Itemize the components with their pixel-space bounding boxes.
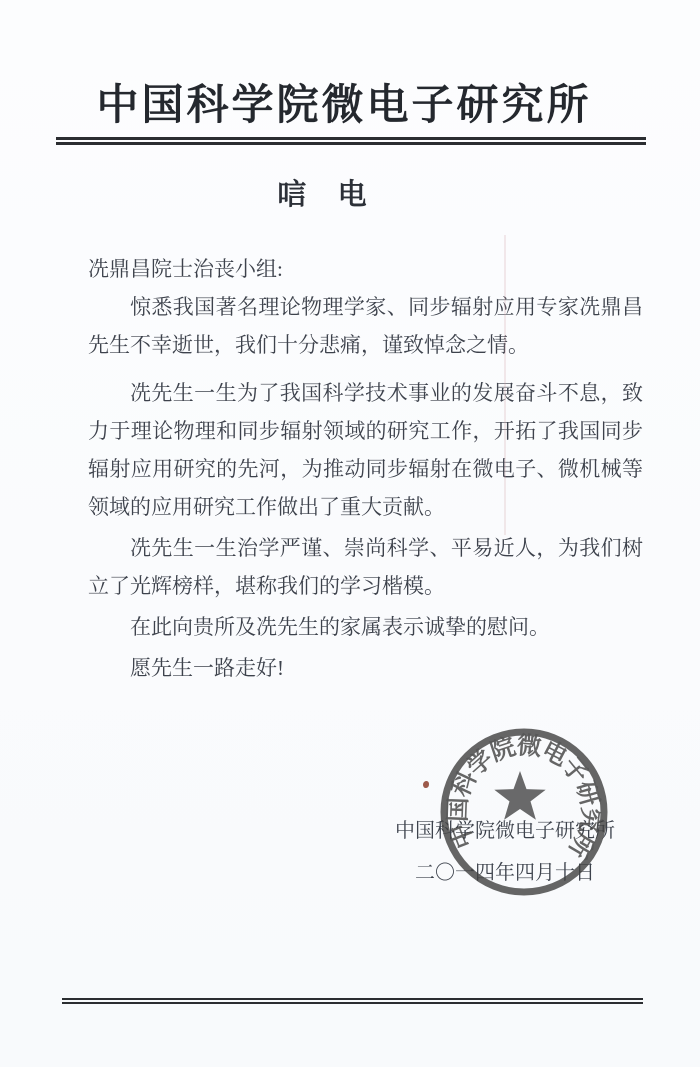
body-paragraph: 惊悉我国著名理论物理学家、同步辐射应用专家冼鼎昌先生不幸逝世，我们十分悲痛，谨致… [88,288,643,364]
salutation: 冼鼎昌院士治丧小组: [88,250,643,288]
seal-star-icon [494,771,545,820]
footer-double-rule [62,998,643,1004]
header-double-rule [56,137,646,145]
body-paragraph: 冼先生一生为了我国科学技术事业的发展奋斗不息，致力于理论物理和同步辐射领域的研究… [88,374,643,526]
body-paragraphs: 惊悉我国著名理论物理学家、同步辐射应用专家冼鼎昌先生不幸逝世，我们十分悲痛，谨致… [88,288,643,687]
letter-body: 冼鼎昌院士治丧小组: 惊悉我国著名理论物理学家、同步辐射应用专家冼鼎昌先生不幸逝… [88,250,643,690]
official-seal-stamp-icon: 中国科学院微电子研究所 [436,724,612,900]
body-paragraph: 愿先生一路走好! [88,649,643,687]
scanned-letter-page: 中国科学院微电子研究所 唁 电 冼鼎昌院士治丧小组: 惊悉我国著名理论物理学家、… [0,0,700,1067]
body-paragraph: 在此向贵所及冼先生的家属表示诚挚的慰问。 [88,608,643,646]
paper-crease [504,235,506,535]
body-paragraph: 冼先生一生治学严谨、崇尚科学、平易近人，为我们树立了光辉榜样，堪称我们的学习楷模… [88,529,643,605]
letterhead-title: 中国科学院微电子研究所 [0,72,688,132]
document-title: 唁 电 [0,172,644,213]
red-ink-speck [423,781,429,788]
